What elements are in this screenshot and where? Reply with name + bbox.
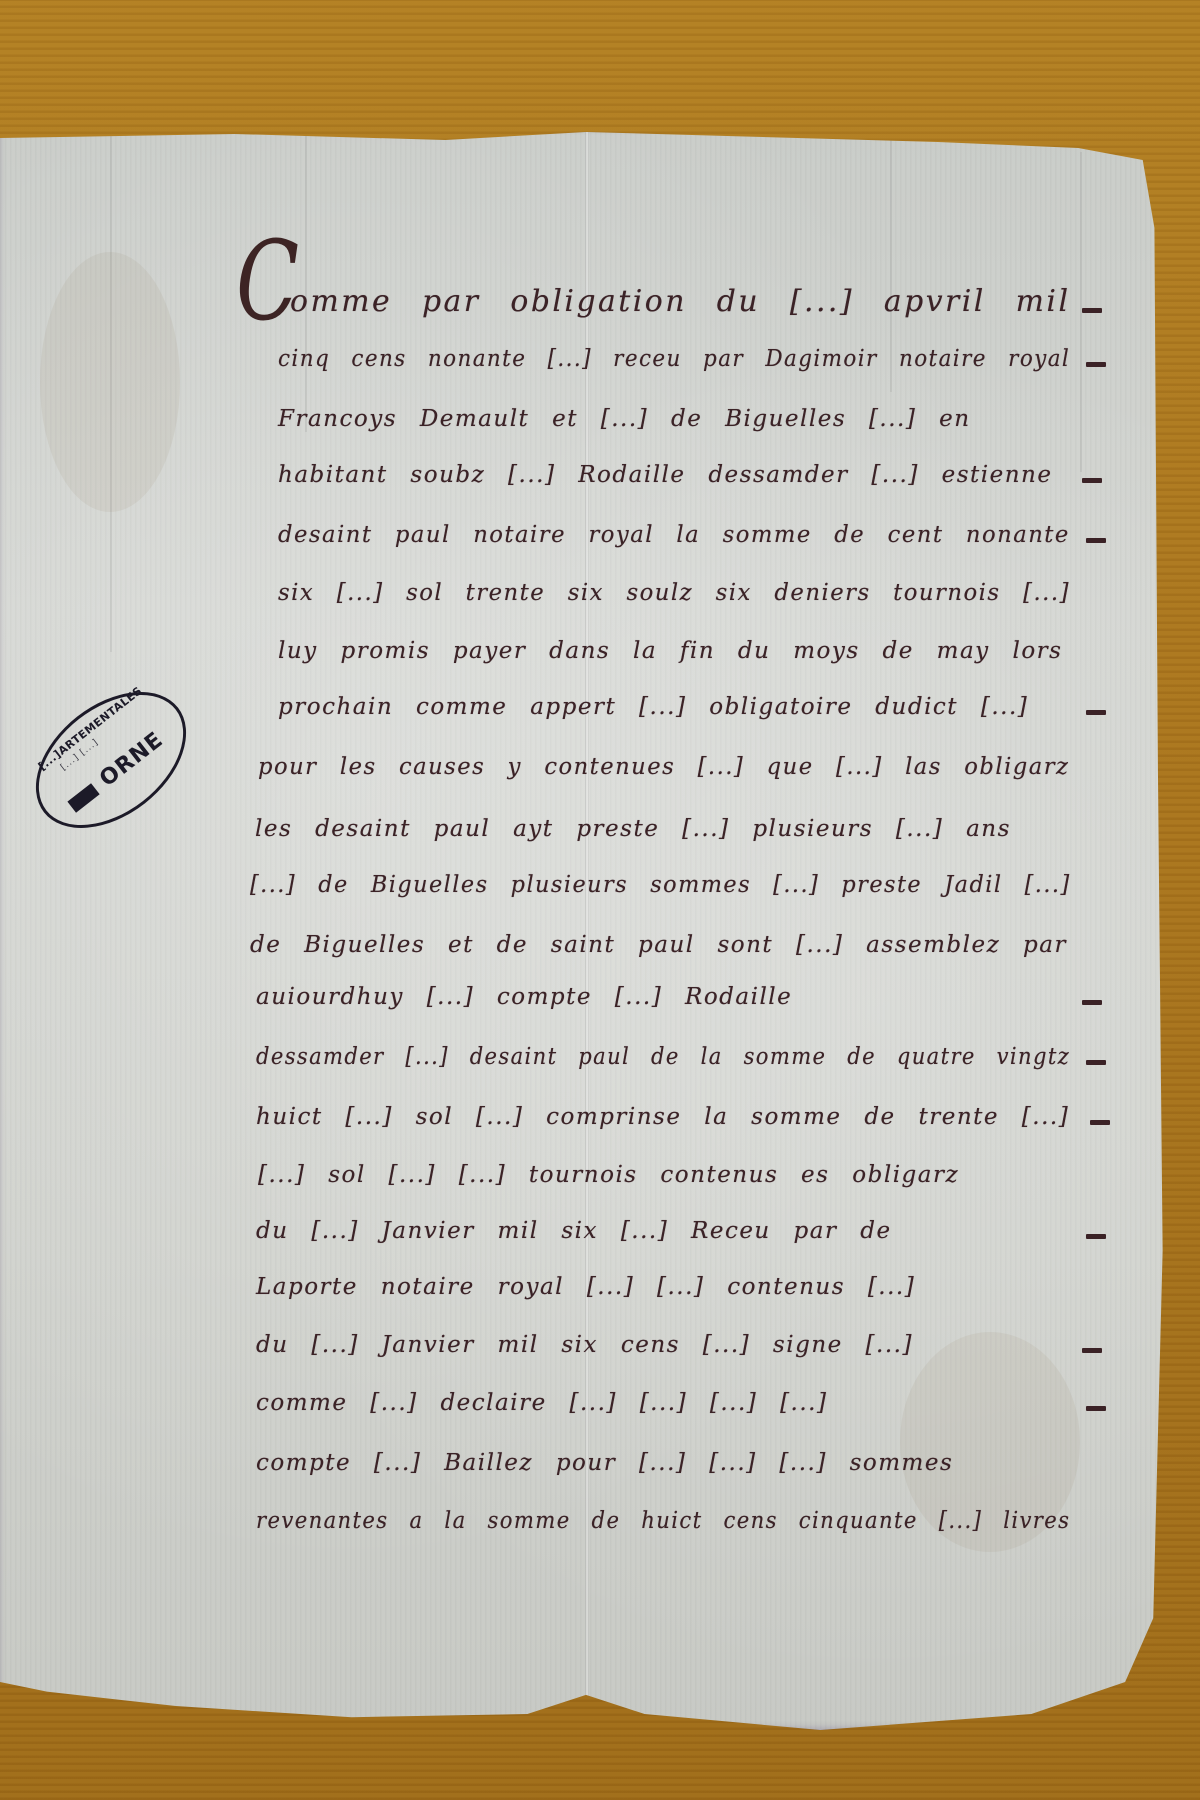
manuscript-line: omme par obligation du [...] apvril mil xyxy=(290,284,1070,319)
line-filler-dash xyxy=(1086,362,1106,367)
manuscript-line: du [...] Janvier mil six cens [...] sign… xyxy=(256,1332,913,1358)
manuscript-line: auiourdhuy [...] compte [...] Rodaille xyxy=(256,984,792,1010)
manuscript-line: revenantes a la somme de huict cens cinq… xyxy=(256,1508,1070,1534)
line-filler-dash xyxy=(1082,1000,1102,1005)
manuscript-line: [...] sol [...] [...] tournois contenus … xyxy=(258,1162,959,1188)
manuscript-line: pour les causes y contenues [...] que [.… xyxy=(258,754,1069,780)
line-filler-dash xyxy=(1086,710,1106,715)
manuscript-line: les desaint paul ayt preste [...] plusie… xyxy=(255,816,1011,842)
line-filler-dash xyxy=(1086,538,1106,543)
manuscript-line: compte [...] Baillez pour [...] [...] [.… xyxy=(256,1450,953,1476)
manuscript-line: prochain comme appert [...] obligatoire … xyxy=(278,694,1028,720)
manuscript-line: desaint paul notaire royal la somme de c… xyxy=(278,522,1070,548)
line-filler-dash xyxy=(1082,1348,1102,1353)
manuscript-line: cinq cens nonante [...] receu par Dagimo… xyxy=(278,346,1070,372)
manuscript-text: C omme par obligation du [...] apvril mi… xyxy=(0,0,1200,1800)
line-filler-dash xyxy=(1086,1234,1106,1239)
manuscript-line: habitant soubz [...] Rodaille dessamder … xyxy=(278,462,1052,488)
manuscript-line: Laporte notaire royal [...] [...] conten… xyxy=(256,1274,915,1300)
line-filler-dash xyxy=(1082,478,1102,483)
manuscript-line: huict [...] sol [...] comprinse la somme… xyxy=(256,1104,1069,1130)
line-filler-dash xyxy=(1090,1120,1110,1125)
manuscript-line: six [...] sol trente six soulz six denie… xyxy=(278,580,1070,606)
line-filler-dash xyxy=(1082,308,1102,313)
manuscript-line: Francoys Demault et [...] de Biguelles [… xyxy=(278,406,971,432)
manuscript-line: de Biguelles et de saint paul sont [...]… xyxy=(250,932,1067,958)
line-filler-dash xyxy=(1086,1406,1106,1411)
manuscript-line: luy promis payer dans la fin du moys de … xyxy=(278,638,1062,664)
manuscript-line: comme [...] declaire [...] [...] [...] [… xyxy=(256,1390,827,1416)
line-filler-dash xyxy=(1086,1060,1106,1065)
manuscript-line: dessamder [...] desaint paul de la somme… xyxy=(256,1044,1070,1070)
manuscript-line: [...] de Biguelles plusieurs sommes [...… xyxy=(250,872,1071,898)
decorated-initial: C xyxy=(236,226,299,336)
manuscript-line: du [...] Janvier mil six [...] Receu par… xyxy=(256,1218,892,1244)
